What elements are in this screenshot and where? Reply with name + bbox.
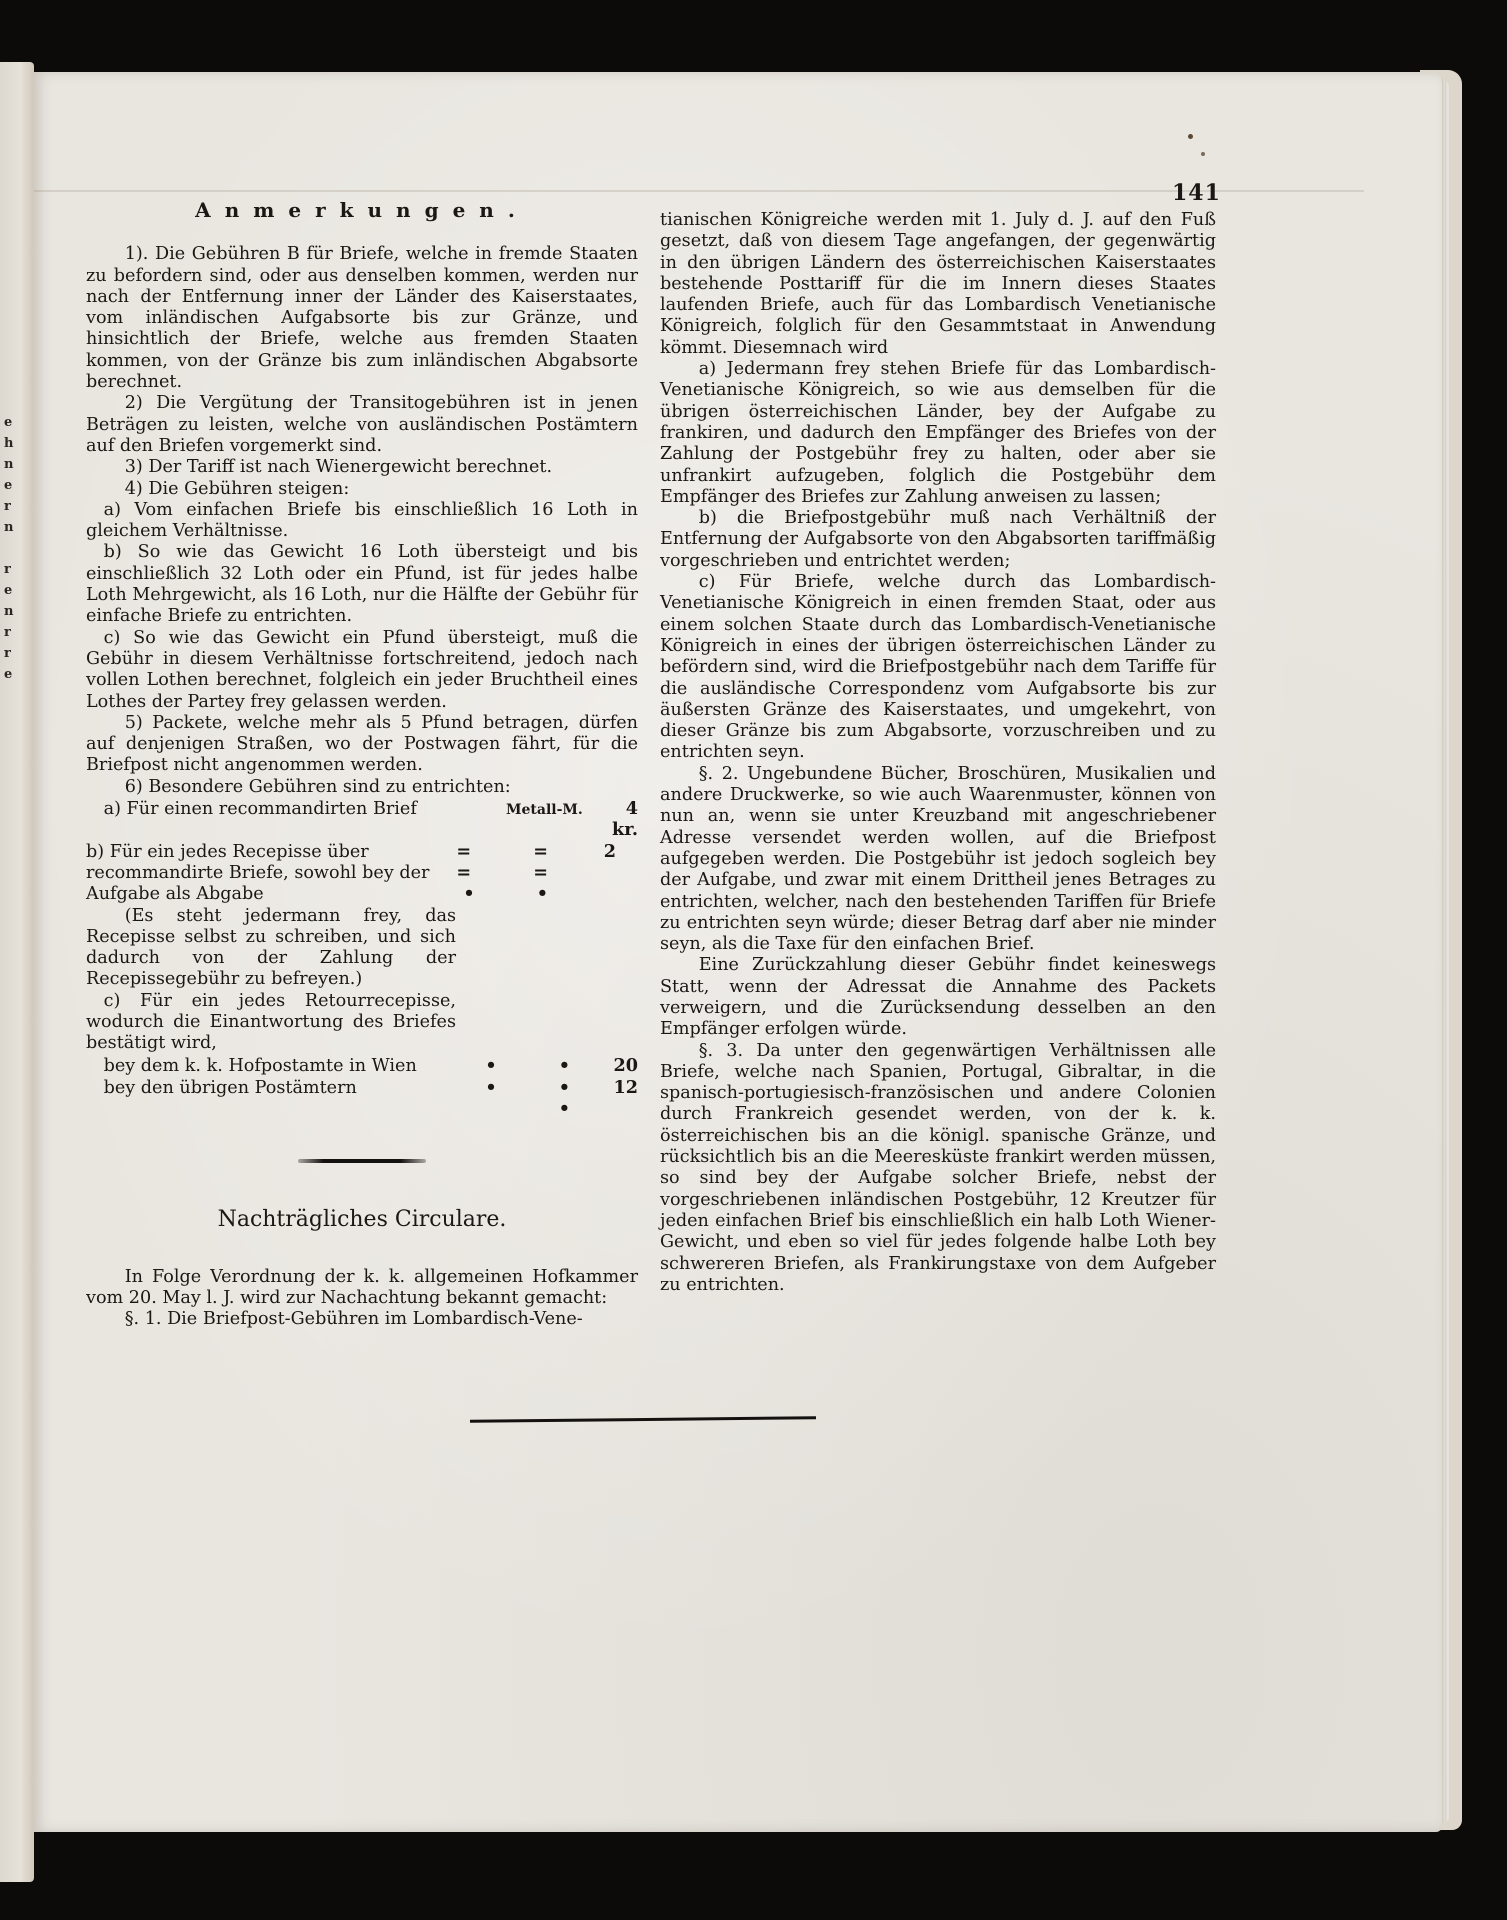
section-title-anmerkungen: Anmerkungen.	[86, 200, 638, 221]
paper-crease	[34, 190, 1364, 192]
margin-gap	[4, 538, 18, 559]
fee-leader-dots: • •	[478, 1055, 598, 1076]
circular-paragraph-1-start: §. 1. Die Briefpost-Gebühren im Lombardi…	[86, 1309, 638, 1330]
fee-value: 20	[598, 1055, 638, 1076]
left-column: Anmerkungen. 1). Die Gebühren B für Brie…	[86, 200, 638, 1331]
margin-glyph: r	[4, 496, 18, 517]
paragraph-1b: b) die Briefpostgebühr muß nach Verhältn…	[660, 508, 1216, 572]
fee-c-intro: c) Für ein jedes Retourrecepisse, wodurc…	[86, 991, 456, 1055]
fee-label: b) Für ein jedes Recepisse über recomman…	[86, 842, 456, 906]
note-2: 2) Die Vergütung der Transitogebühren is…	[86, 393, 638, 457]
fee-value: 12	[598, 1077, 638, 1098]
fee-leader-dots: = = = = • •	[456, 841, 576, 905]
note-1: 1). Die Gebühren B für Briefe, welche in…	[86, 244, 638, 393]
margin-glyph: h	[4, 433, 18, 454]
margin-glyph: r	[4, 559, 18, 580]
note-5: 5) Packete, welche mehr als 5 Pfund betr…	[86, 713, 638, 777]
facing-page-edge: e h n e r n r e n r r e	[0, 62, 34, 1882]
note-4b: b) So wie das Gewicht 16 Loth übersteigt…	[86, 542, 638, 627]
margin-glyph: r	[4, 622, 18, 643]
section-divider	[298, 1159, 426, 1163]
note-4a: a) Vom einfachen Briefe bis einschließli…	[86, 500, 638, 543]
paragraph-2-refund: Eine Zurückzahlung dieser Gebühr findet …	[660, 955, 1216, 1040]
note-6: 6) Besondere Gebühren sind zu entrichten…	[86, 777, 638, 798]
page-number: 141	[1172, 180, 1221, 206]
margin-glyph: r	[4, 643, 18, 664]
fee-row-hofpostamt: bey dem k. k. Hofpostamte in Wien • • 20	[86, 1055, 638, 1077]
circular-intro: In Folge Verordnung der k. k. allgemeine…	[86, 1267, 638, 1310]
margin-glyph: e	[4, 475, 18, 496]
fee-label: bey dem k. k. Hofpostamte in Wien	[86, 1056, 478, 1077]
note-4: 4) Die Gebühren steigen:	[86, 479, 638, 500]
margin-glyph: n	[4, 517, 18, 538]
ink-spot	[1201, 152, 1205, 156]
fee-value: 2	[576, 841, 616, 862]
fee-unit: Metall-M.	[506, 800, 594, 821]
fee-row-recommandirt: a) Für einen recommandirten Brief Metall…	[86, 798, 638, 841]
ink-spot	[1188, 134, 1193, 139]
margin-glyph: e	[4, 580, 18, 601]
facing-page-margin-glyphs: e h n e r n r e n r r e	[4, 412, 18, 685]
paragraph-1a: a) Jedermann frey stehen Briefe für das …	[660, 359, 1216, 508]
fee-label: a) Für einen recommandirten Brief	[86, 799, 506, 820]
margin-glyph: n	[4, 601, 18, 622]
note-3: 3) Der Tariff ist nach Wienergewicht ber…	[86, 457, 638, 478]
fee-label: bey den übrigen Postämtern	[86, 1078, 478, 1099]
fee-value: 4 kr.	[594, 798, 638, 841]
fee-leader-dots: • • •	[478, 1077, 598, 1120]
fee-row-recepisse: b) Für ein jedes Recepisse über recomman…	[86, 841, 638, 906]
note-4c: c) So wie das Gewicht ein Pfund überstei…	[86, 628, 638, 713]
paragraph-3: §. 3. Da unter den gegenwärtigen Verhält…	[660, 1041, 1216, 1297]
paragraph-1-continued: tianischen Königreiche werden mit 1. Jul…	[660, 210, 1216, 359]
margin-glyph: n	[4, 454, 18, 475]
paragraph-1c: c) Für Briefe, welche durch das Lombardi…	[660, 572, 1216, 764]
fee-row-postaemter: bey den übrigen Postämtern • • • 12	[86, 1077, 638, 1120]
right-column: tianischen Königreiche werden mit 1. Jul…	[660, 210, 1216, 1296]
margin-glyph: e	[4, 664, 18, 685]
margin-glyph: e	[4, 412, 18, 433]
paragraph-2: §. 2. Ungebundene Bücher, Broschüren, Mu…	[660, 764, 1216, 956]
circular-title: Nachträgliches Circulare.	[86, 1209, 638, 1230]
fee-note: (Es steht jedermann frey, das Recepisse …	[86, 906, 456, 991]
